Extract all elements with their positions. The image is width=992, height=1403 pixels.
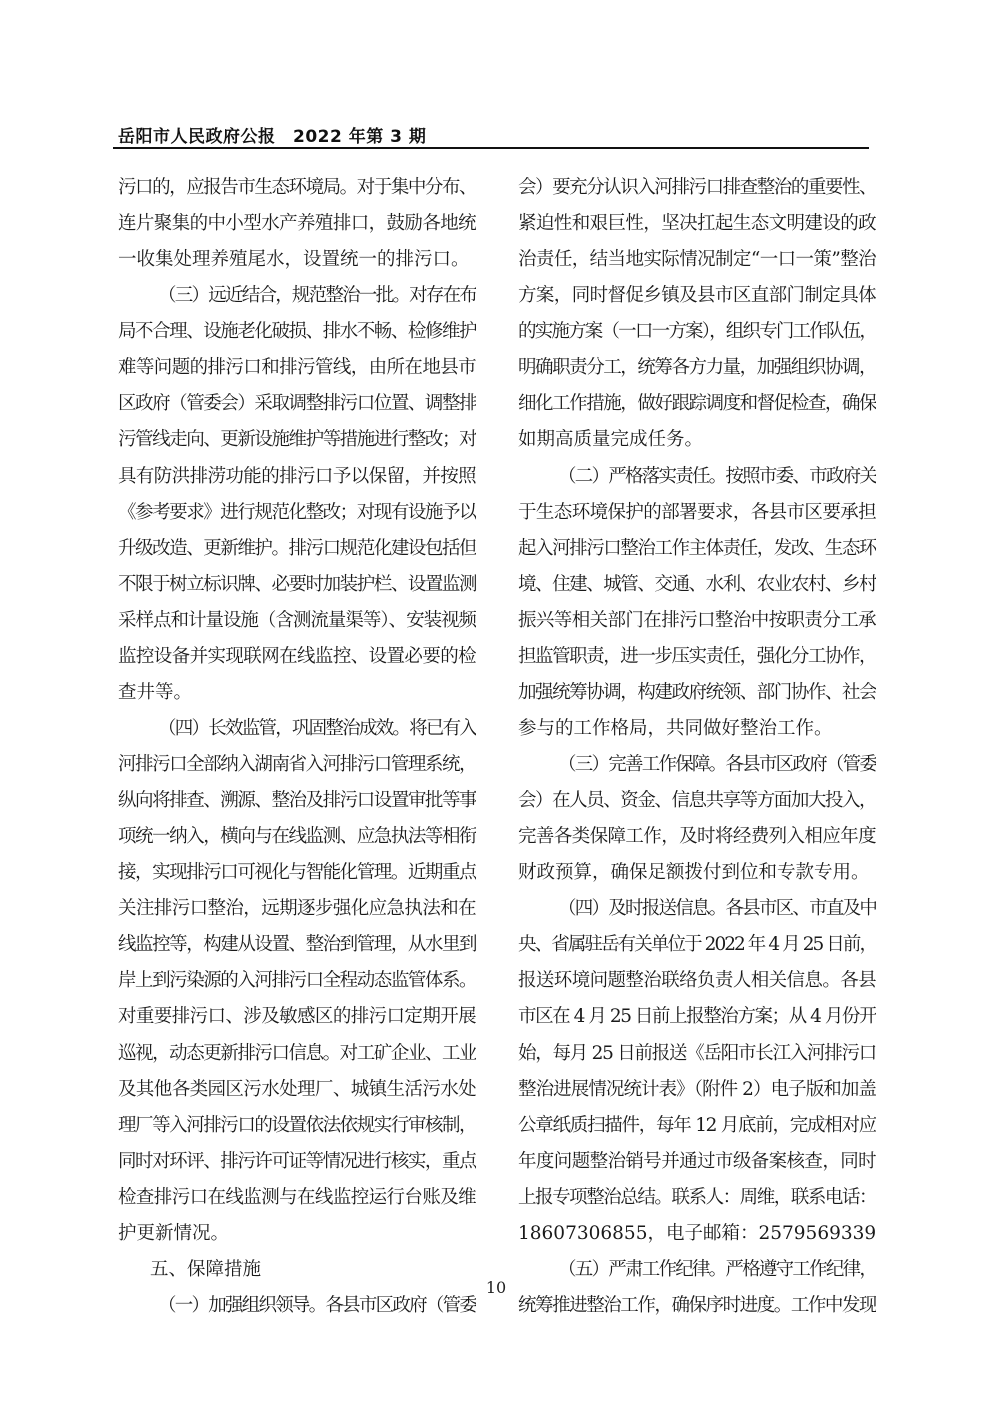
text-line: 参与的工作格局，共同做好整治工作。 [518,711,876,747]
section-heading: 五、保障措施 [118,1252,476,1288]
text-line: 起入河排污口整治工作主体责任，发改、生态环 [518,531,876,567]
text-line: 《参考要求》进行规范化整改；对现有设施予以 [118,495,476,531]
text-line: （一）加强组织领导。各县市区政府（管委 [118,1288,476,1324]
text-line: 河排污口全部纳入湖南省入河排污口管理系统， [118,747,476,783]
text-line: （四）长效监管，巩固整治成效。将已有入 [118,711,476,747]
text-line: 区政府（管委会）采取调整排污口位置、调整排 [118,386,476,422]
page-number: 10 [476,1278,516,1297]
text-line: 细化工作措施，做好跟踪调度和督促检查，确保 [518,386,876,422]
text-line: 报送环境问题整治联络负责人相关信息。各县 [518,963,876,999]
text-line: 财政预算，确保足额拨付到位和专款专用。 [518,855,876,891]
text-line: 于生态环境保护的部署要求，各县市区要承担 [518,495,876,531]
text-line: 查井等。 [118,675,476,711]
text-line: 统筹推进整治工作，确保序时进度。工作中发现 [518,1288,876,1324]
text-line: （五）严肃工作纪律。严格遵守工作纪律， [518,1252,876,1288]
text-line: 加强统筹协调，构建政府统领、部门协作、社会 [518,675,876,711]
text-line: 紧迫性和艰巨性，坚决扛起生态文明建设的政 [518,206,876,242]
text-line: 方案，同时督促乡镇及县市区直部门制定具体 [518,278,876,314]
text-line: 理厂等入河排污口的设置依法依规实行审核制， [118,1108,476,1144]
text-line: 接，实现排污口可视化与智能化管理。近期重点 [118,855,476,891]
text-line: 央、省属驻岳有关单位于 2022 年 4 月 25 日前， [518,927,876,963]
text-line: 上报专项整治总结。联系人：周维，联系电话： [518,1180,876,1216]
text-line: 局不合理、设施老化破损、排水不畅、检修维护 [118,314,476,350]
text-line: 采样点和计量设施（含测流量渠等）、安装视频 [118,603,476,639]
text-line: 一收集处理养殖尾水，设置统一的排污口。 [118,242,476,278]
text-line: 始，每月 25 日前报送《岳阳市长江入河排污口 [518,1036,876,1072]
text-line: 不限于树立标识牌、必要时加装护栏、设置监测 [118,567,476,603]
text-line: 岸上到污染源的入河排污口全程动态监管体系。 [118,963,476,999]
text-line: 项统一纳入，横向与在线监测、应急执法等相衔 [118,819,476,855]
text-line: 公章纸质扫描件，每年 12 月底前，完成相对应 [518,1108,876,1144]
header-rule [113,147,869,149]
text-line: 检查排污口在线监测与在线监控运行台账及维 [118,1180,476,1216]
text-line: 如期高质量完成任务。 [518,422,876,458]
text-line: 境、住建、城管、交通、水利、农业农村、乡村 [518,567,876,603]
text-line: 会）要充分认识入河排污口排查整治的重要性、 [518,170,876,206]
right-column: 会）要充分认识入河排污口排查整治的重要性、紧迫性和艰巨性，坚决扛起生态文明建设的… [518,170,876,1324]
text-line: 治责任，结当地实际情况制定“一口一策”整治 [518,242,876,278]
text-line: 振兴等相关部门在排污口整治中按职责分工承 [518,603,876,639]
left-column: 污口的，应报告市生态环境局。对于集中分布、连片聚集的中小型水产养殖排口，鼓励各地… [118,170,476,1324]
text-line: 纵向将排查、溯源、整治及排污口设置审批等事 [118,783,476,819]
text-line: 年度问题整治销号并通过市级备案核查，同时 [518,1144,876,1180]
text-line: 连片聚集的中小型水产养殖排口，鼓励各地统 [118,206,476,242]
text-line: 会）在人员、资金、信息共享等方面加大投入， [518,783,876,819]
text-line: 明确职责分工，统筹各方力量，加强组织协调， [518,350,876,386]
text-line: 整治进展情况统计表》（附件 2）电子版和加盖 [518,1072,876,1108]
text-line: （四）及时报送信息。各县市区、市直及中 [518,891,876,927]
text-line: 的实施方案（一口一方案），组织专门工作队伍， [518,314,876,350]
publication-header: 岳阳市人民政府公报 2022 年第 3 期 [118,122,868,147]
text-line: 市区在 4 月 25 日前上报整治方案；从 4 月份开 [518,999,876,1035]
text-line: （三）完善工作保障。各县市区政府（管委 [518,747,876,783]
text-line: 关注排污口整治，远期逐步强化应急执法和在 [118,891,476,927]
text-line: （三）远近结合，规范整治一批。对存在布 [118,278,476,314]
text-line: 升级改造、更新维护。排污口规范化建设包括但 [118,531,476,567]
text-line: 对重要排污口、涉及敏感区的排污口定期开展 [118,999,476,1035]
text-line: 担监管职责，进一步压实责任，强化分工协作， [518,639,876,675]
text-line: 监控设备并实现联网在线监控、设置必要的检 [118,639,476,675]
text-line: 护更新情况。 [118,1216,476,1252]
text-line: （二）严格落实责任。按照市委、市政府关 [518,459,876,495]
text-line: 完善各类保障工作，及时将经费列入相应年度 [518,819,876,855]
text-line: 具有防洪排涝功能的排污口予以保留，并按照 [118,459,476,495]
text-line: 线监控等，构建从设置、整治到管理，从水里到 [118,927,476,963]
text-line: 污口的，应报告市生态环境局。对于集中分布、 [118,170,476,206]
text-line: 同时对环评、排污许可证等情况进行核实，重点 [118,1144,476,1180]
text-line: 难等问题的排污口和排污管线，由所在地县市 [118,350,476,386]
text-line: 及其他各类园区污水处理厂、城镇生活污水处 [118,1072,476,1108]
text-line: 18607306855，电子邮箱：2579569339@qq.com。 [518,1216,876,1252]
text-line: 污管线走向、更新设施维护等措施进行整改；对 [118,422,476,458]
text-line: 巡视，动态更新排污口信息。对工矿企业、工业 [118,1036,476,1072]
